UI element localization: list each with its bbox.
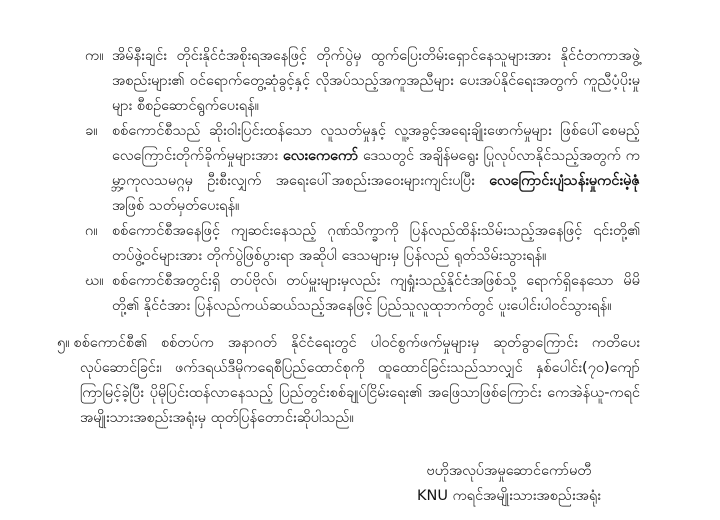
document-page: က။အိမ်နီးချင်း တိုင်းနိုင်ငံအစိုးရအနေဖြင… [0, 0, 720, 520]
closing-paragraph-label: ၅။ [57, 335, 70, 351]
list-item: ခ။စစ်ကောင်စီသည် ဆိုးဝါးပြင်းထန်သော လူသတ်… [85, 119, 640, 219]
list-item-text: အိမ်နီးချင်း တိုင်းနိုင်ငံအစိုးရအနေဖြင့်… [112, 44, 640, 119]
list-item: က။အိမ်နီးချင်း တိုင်းနိုင်ငံအစိုးရအနေဖြင… [85, 44, 640, 119]
signature-committee-line: ဗဟိုအလုပ်အမှုဆောင်ကော်မတီ [378, 459, 640, 484]
signature-organization-line: KNU ကရင်အမျိုးသားအစည်းအရုံး [378, 484, 640, 509]
signature-block: ဗဟိုအလုပ်အမှုဆောင်ကော်မတီ KNU ကရင်အမျိုး… [378, 459, 640, 509]
body-text: စစ်ကောင်စီအတွင်းရှိ တပ်ဗိုလ်၊ တပ်မှူးမျာ… [112, 273, 640, 314]
list-item-text: စစ်ကောင်စီအတွင်းရှိ တပ်ဗိုလ်၊ တပ်မှူးမျာ… [112, 269, 640, 319]
list-item-label: က။ [85, 44, 112, 69]
list-item-label: ခ။ [85, 119, 112, 144]
list-item-text: စစ်ကောင်စီသည် ဆိုးဝါးပြင်းထန်သော လူသတ်မှ… [112, 119, 640, 219]
list-item-text: စစ်ကောင်စီအနေဖြင့် ကျဆင်းနေသည့် ဂုဏ်သိက္… [112, 219, 640, 269]
emphasis-text: လေကြောင်းပျံသန်းမှုကင်းမဲ့ဇုံ [489, 173, 640, 189]
list-item-label: ဂ။ [85, 219, 112, 244]
list-item: ဃ။စစ်ကောင်စီအတွင်းရှိ တပ်ဗိုလ်၊ တပ်မှူးမ… [85, 269, 640, 319]
body-text: စစ်ကောင်စီအနေဖြင့် ကျဆင်းနေသည့် ဂုဏ်သိက္… [112, 223, 640, 264]
body-text: အဖြစ် သတ်မှတ်ပေးရန်။ [112, 198, 239, 214]
body-text: အိမ်နီးချင်း တိုင်းနိုင်ငံအစိုးရအနေဖြင့်… [112, 48, 640, 114]
list-item: ဂ။စစ်ကောင်စီအနေဖြင့် ကျဆင်းနေသည့် ဂုဏ်သိ… [85, 219, 640, 269]
list-item-label: ဃ။ [85, 269, 112, 294]
demands-list: က။အိမ်နီးချင်း တိုင်းနိုင်ငံအစိုးရအနေဖြင… [85, 44, 640, 319]
body-text: စစ်ကောင်စီ၏ စစ်တပ်က အနာဂတ် နိုင်ငံရေးတွင… [74, 335, 640, 426]
closing-paragraph: ၅။စစ်ကောင်စီ၏ စစ်တပ်က အနာဂတ် နိုင်ငံရေးတ… [57, 331, 640, 431]
emphasis-text: လေးကေကော် [283, 148, 358, 164]
